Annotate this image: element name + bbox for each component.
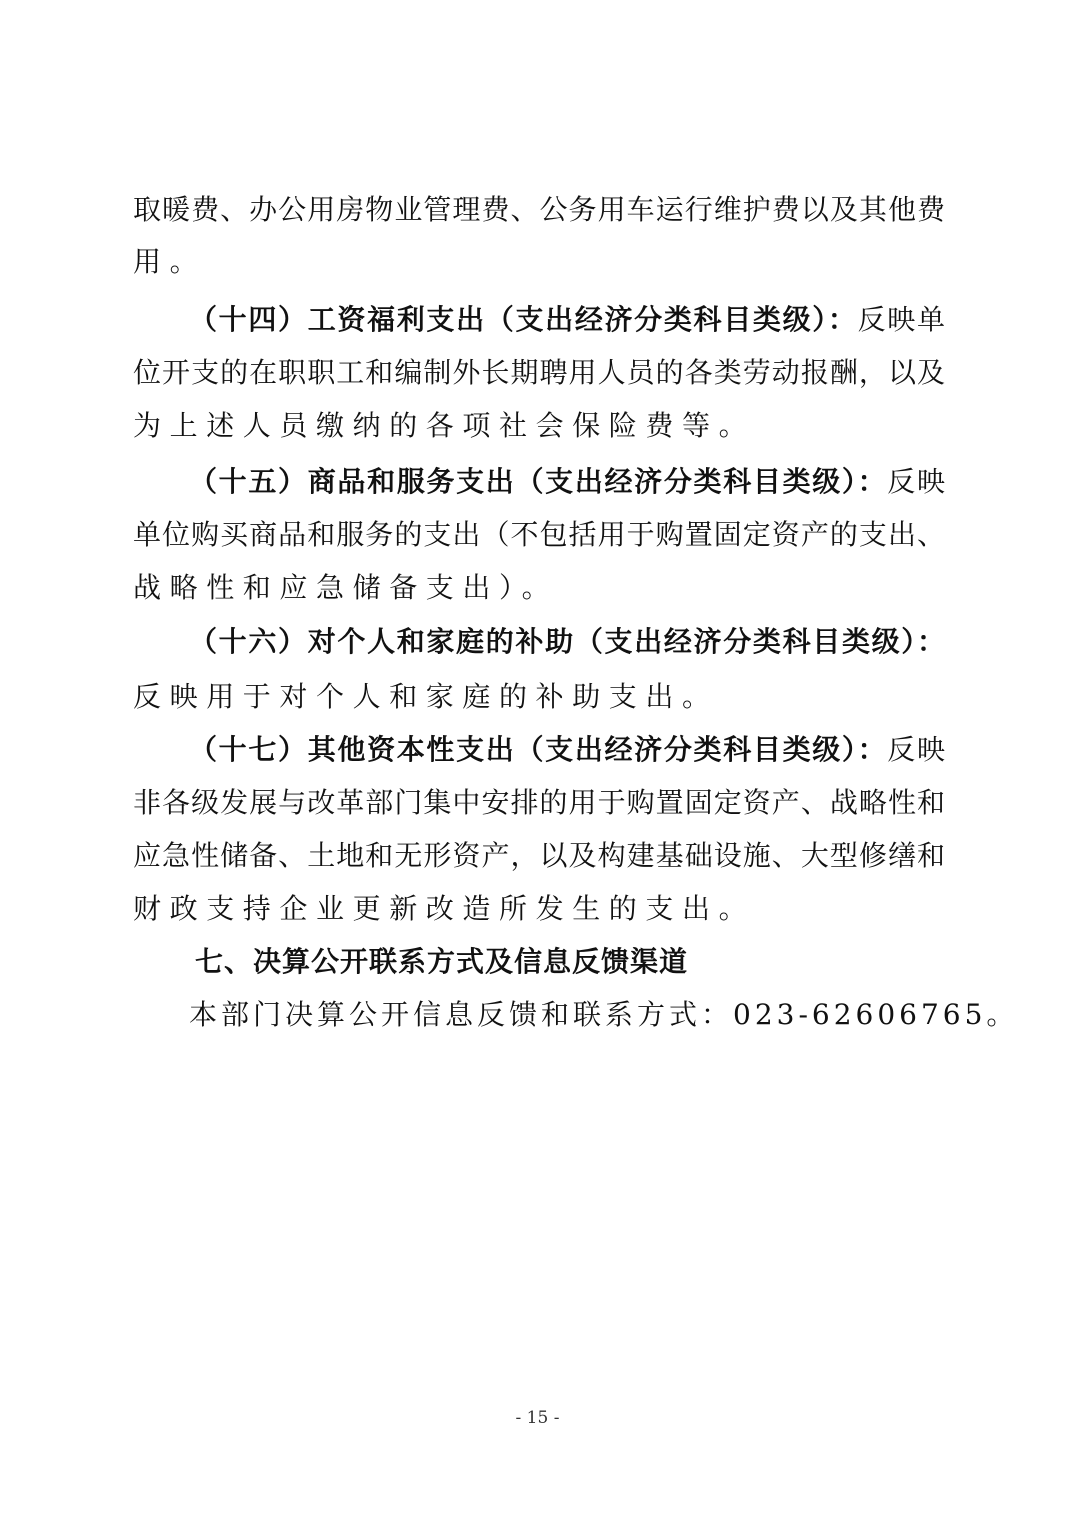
section-14-line: 位开支的在职职工和编制外长期聘用人员的各类劳动报酬，以及 [133, 353, 945, 393]
section-14-line: 为上述人员缴纳的各项社会保险费等。 [133, 406, 755, 446]
section-15-first-line: （十五）商品和服务支出（支出经济分类科目类级）：反映 [189, 462, 945, 502]
section-17-text-start: 反映 [887, 733, 945, 766]
section-16-title: （十六）对个人和家庭的补助（支出经济分类科目类级）： [189, 625, 945, 658]
paragraph-line: 用。 [133, 242, 206, 282]
section-17-line: 非各级发展与改革部门集中安排的用于购置固定资产、战略性和 [133, 783, 945, 823]
section-17-line: 财政支持企业更新改造所发生的支出。 [133, 889, 755, 929]
section-17-first-line: （十七）其他资本性支出（支出经济分类科目类级）：反映 [189, 730, 945, 770]
section-15-line: 战略性和应急储备支出）。 [133, 568, 558, 608]
section-14-text-start: 反映单 [858, 303, 945, 336]
section-15-line: 单位购买商品和服务的支出（不包括用于购置固定资产的支出、 [133, 515, 945, 555]
page-number: - 15 - [0, 1408, 1075, 1428]
section-16-line: 反映用于对个人和家庭的补助支出。 [133, 677, 719, 717]
section-14-first-line: （十四）工资福利支出（支出经济分类科目类级）：反映单 [189, 300, 945, 340]
section-heading: 七、决算公开联系方式及信息反馈渠道 [195, 942, 688, 982]
section-14-title: （十四）工资福利支出（支出经济分类科目类级）： [189, 303, 858, 336]
section-15-text-start: 反映 [887, 465, 945, 498]
paragraph-line: 取暖费、办公用房物业管理费、公务用车运行维护费以及其他费 [133, 190, 945, 230]
section-16-first-line: （十六）对个人和家庭的补助（支出经济分类科目类级）： [189, 622, 945, 662]
section-17-title: （十七）其他资本性支出（支出经济分类科目类级）： [189, 733, 887, 766]
contact-line: 本部门决算公开信息反馈和联系方式：023-62606765。 [189, 995, 1018, 1035]
section-15-title: （十五）商品和服务支出（支出经济分类科目类级）： [189, 465, 887, 498]
section-17-line: 应急性储备、土地和无形资产，以及构建基础设施、大型修缮和 [133, 836, 945, 876]
